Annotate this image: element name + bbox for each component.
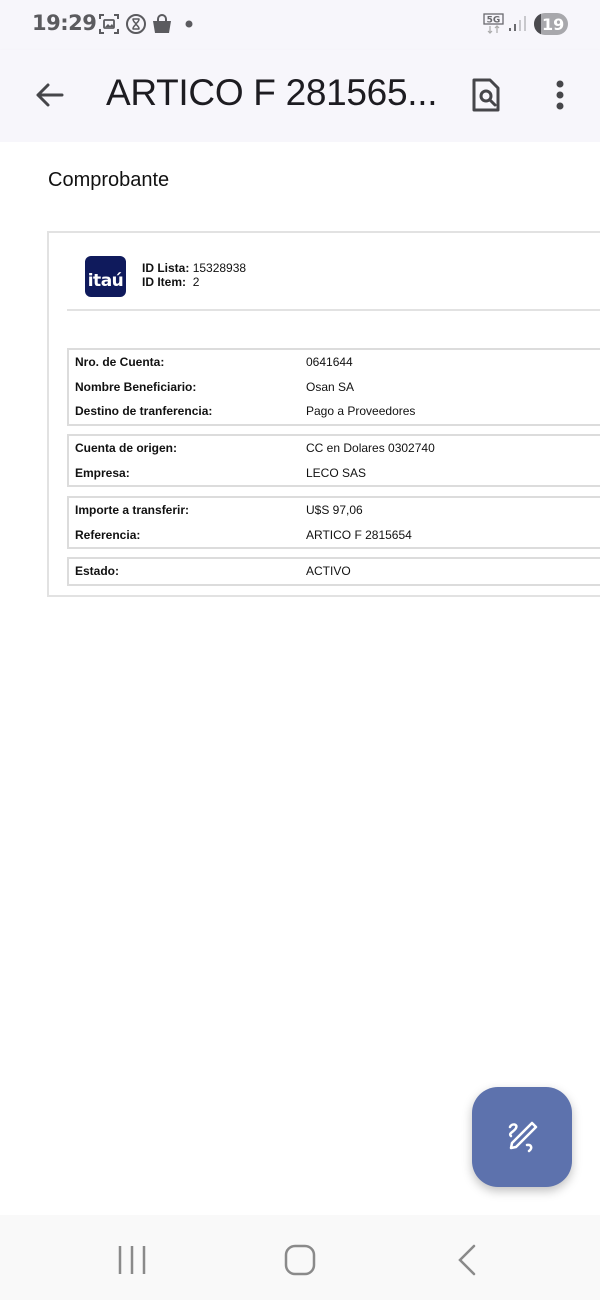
home-icon[interactable]: [280, 1240, 320, 1280]
page-title: ARTICO F 281565...: [106, 72, 437, 114]
id-lista-label: ID Lista:: [142, 261, 189, 275]
shopping-bag-icon: [151, 13, 173, 35]
row-label: Estado:: [75, 564, 119, 578]
table-row: Nro. de Cuenta:0641644: [69, 350, 600, 375]
itau-logo: itaú: [85, 256, 126, 297]
annotate-fab-button[interactable]: [472, 1087, 572, 1187]
table-row: Importe a transferir:U$S 97,06: [69, 498, 600, 523]
row-label: Referencia:: [75, 528, 140, 542]
row-value: Osan SA: [306, 380, 354, 394]
document-search-icon[interactable]: [466, 75, 506, 115]
row-value: LECO SAS: [306, 466, 366, 480]
origin-group: Cuenta de origen:CC en Dolares 0302740 E…: [67, 434, 600, 487]
table-row: Nombre Beneficiario:Osan SA: [69, 375, 600, 400]
notification-dot-icon: [184, 19, 194, 29]
table-row: Cuenta de origen:CC en Dolares 0302740: [69, 436, 600, 461]
screenshot-icon: [98, 13, 120, 35]
row-label: Nombre Beneficiario:: [75, 380, 196, 394]
row-value: ARTICO F 2815654: [306, 528, 412, 542]
id-lista-value: 15328938: [193, 261, 246, 275]
row-label: Importe a transferir:: [75, 503, 189, 517]
row-label: Cuenta de origen:: [75, 441, 177, 455]
signal-icon: [508, 15, 526, 33]
id-item-value: 2: [193, 275, 200, 289]
row-label: Empresa:: [75, 466, 130, 480]
app-bar: ARTICO F 281565...: [0, 50, 600, 142]
row-label: Destino de tranferencia:: [75, 404, 212, 418]
system-nav-bar: [0, 1215, 600, 1300]
row-value: U$S 97,06: [306, 503, 363, 517]
row-value: ACTIVO: [306, 564, 351, 578]
row-value: 0641644: [306, 355, 353, 369]
recents-icon[interactable]: [112, 1240, 152, 1280]
table-row: Destino de tranferencia:Pago a Proveedor…: [69, 399, 600, 424]
beneficiary-group: Nro. de Cuenta:0641644 Nombre Beneficiar…: [67, 348, 600, 426]
amount-group: Importe a transferir:U$S 97,06 Referenci…: [67, 496, 600, 549]
battery-level: 19: [542, 15, 564, 34]
table-row: Referencia:ARTICO F 2815654: [69, 523, 600, 548]
table-row: Empresa:LECO SAS: [69, 461, 600, 486]
status-bar: 19:29 5G 19: [0, 0, 600, 50]
svg-text:5G: 5G: [487, 16, 501, 26]
arrow-left-icon[interactable]: [30, 75, 70, 115]
receipt-ids: ID Lista: 15328938 ID Item: 2: [142, 261, 246, 289]
battery-indicator: 19: [534, 13, 568, 35]
document-viewer[interactable]: Comprobante itaú ID Lista: 15328938 ID I…: [0, 142, 600, 1215]
table-row: Estado:ACTIVO: [69, 559, 600, 584]
hourglass-icon: [125, 13, 147, 35]
more-vert-icon[interactable]: [545, 75, 575, 115]
status-group: Estado:ACTIVO: [67, 557, 600, 586]
receipt-card: itaú ID Lista: 15328938 ID Item: 2 Nro. …: [47, 231, 600, 597]
divider: [67, 309, 600, 311]
row-value: Pago a Proveedores: [306, 404, 415, 418]
network-5g-icon: 5G: [483, 13, 505, 35]
row-value: CC en Dolares 0302740: [306, 441, 435, 455]
status-time: 19:29: [32, 11, 96, 35]
row-label: Nro. de Cuenta:: [75, 355, 164, 369]
id-item-label: ID Item:: [142, 275, 186, 289]
back-chevron-icon[interactable]: [448, 1240, 488, 1280]
document-heading: Comprobante: [48, 169, 169, 192]
draw-signature-icon: [502, 1117, 542, 1157]
